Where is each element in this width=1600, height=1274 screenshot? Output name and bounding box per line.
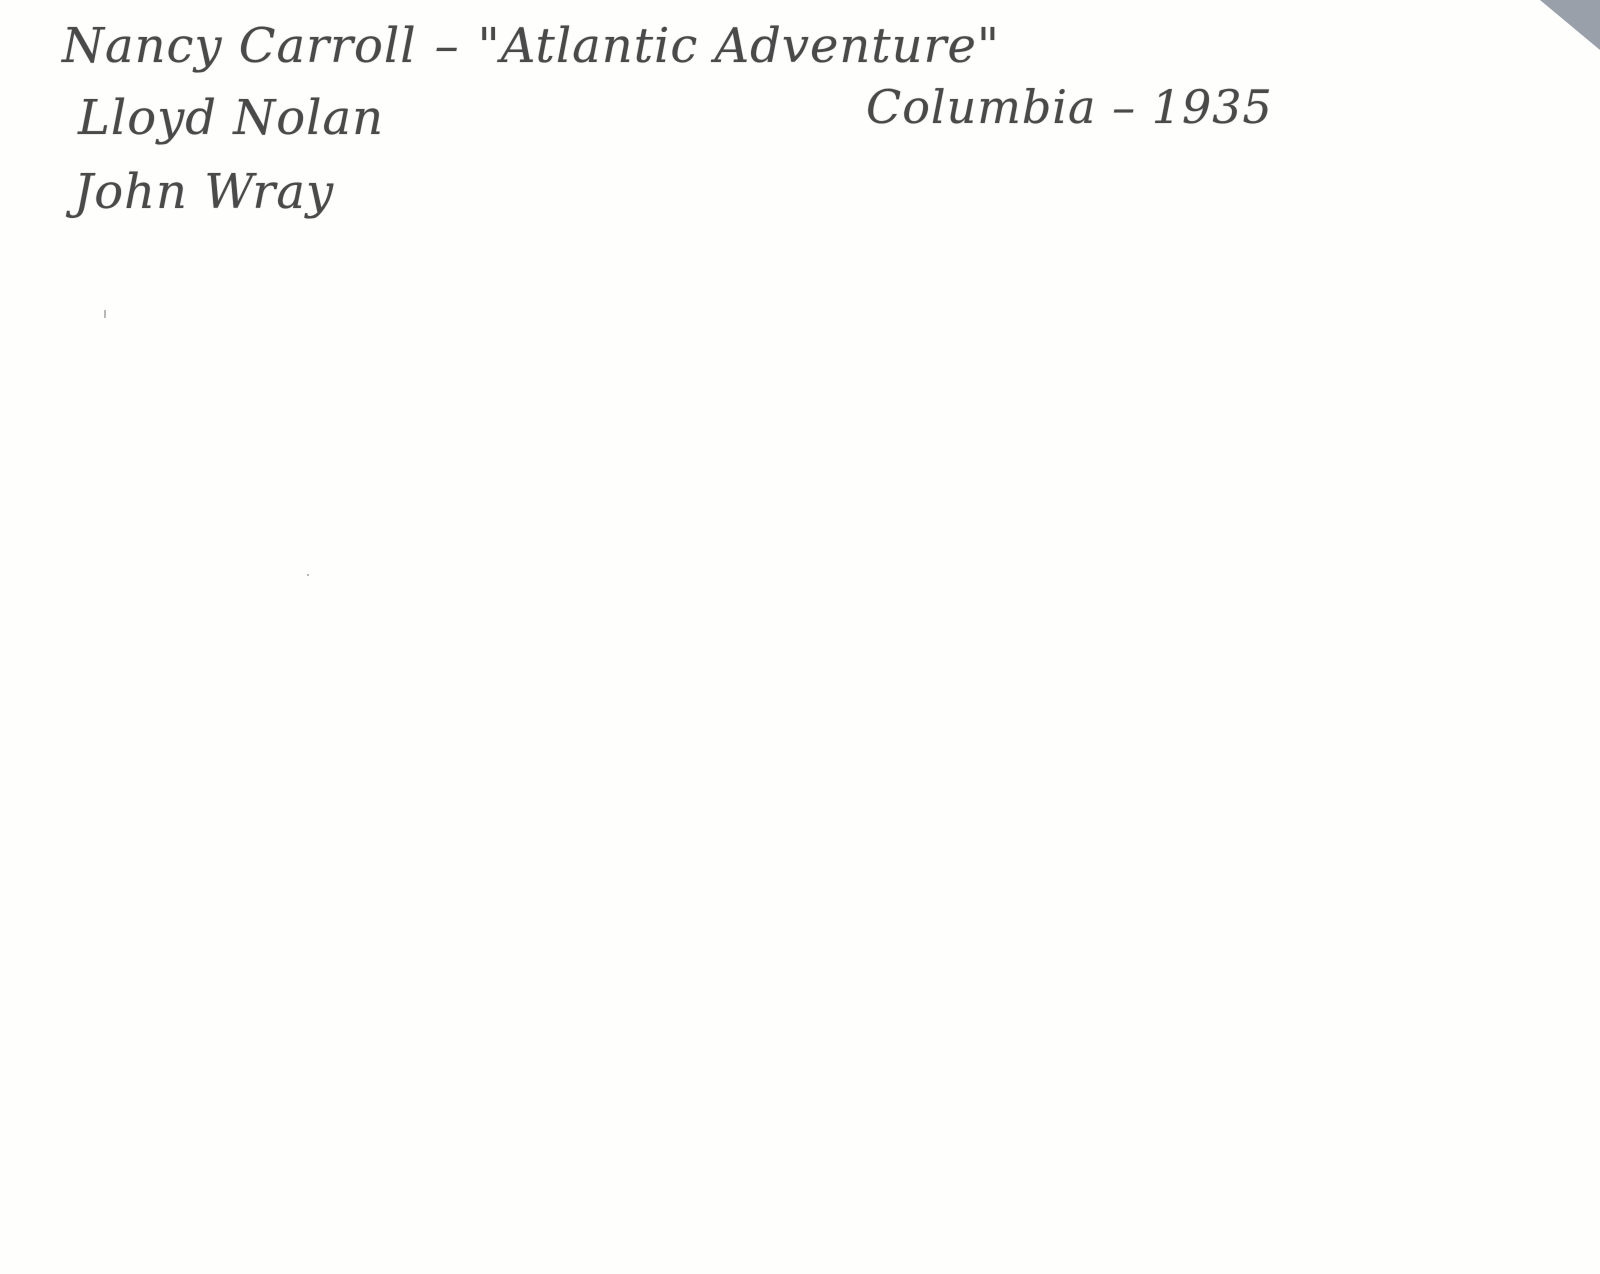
- cast-name-3: John Wray: [74, 164, 334, 220]
- dash: –: [435, 18, 460, 74]
- cast-name-2: Lloyd Nolan: [78, 90, 384, 146]
- pencil-mark: [104, 310, 106, 318]
- year: 1935: [1152, 80, 1273, 134]
- handwritten-line-1: Nancy Carroll–"Atlantic Adventure": [62, 18, 1000, 74]
- film-title: "Atlantic Adventure": [478, 18, 1000, 74]
- dash: –: [1112, 80, 1136, 134]
- handwritten-line-3: John Wray: [74, 164, 334, 220]
- studio-year-line: Columbia – 1935: [866, 80, 1273, 134]
- photo-back: Nancy Carroll–"Atlantic Adventure" Lloyd…: [0, 0, 1600, 1274]
- folded-corner: [1540, 0, 1600, 50]
- cast-name-1: Nancy Carroll: [62, 18, 417, 74]
- pencil-dot: [307, 574, 309, 576]
- studio: Columbia: [866, 80, 1096, 134]
- handwritten-line-2: Lloyd Nolan: [78, 90, 384, 146]
